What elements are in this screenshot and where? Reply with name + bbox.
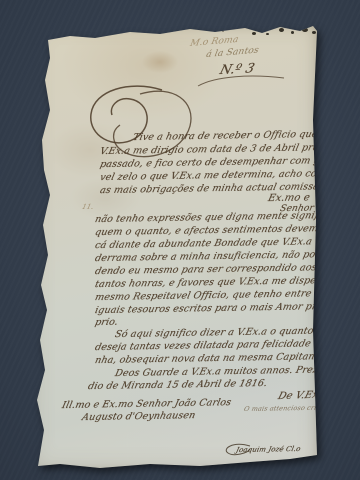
number-swash: [196, 72, 286, 90]
letter-line: nha, obsequiar nova data na mesma Capita…: [94, 352, 328, 366]
header-inscription-line: á la Santos: [205, 47, 259, 60]
paper-sheet: M.o Roma á la Santos N.º 3 Tive a honra …: [30, 20, 322, 472]
ink-blot: [291, 31, 294, 34]
letter-line: mesmo Respeitavel Officio, que tenho ent…: [94, 289, 312, 302]
vocative-line: Ex.mo e: [267, 193, 311, 204]
letter-line: Tive a honra de receber o Officio que: [132, 130, 319, 143]
paper-shadow-wrap: M.o Roma á la Santos N.º 3 Tive a honra …: [0, 0, 360, 480]
margin-note: 11.: [81, 204, 94, 211]
letter-line: derrama sobre a minha insuficiencia, não…: [94, 250, 320, 263]
addressee-line: Augusto d'Oeynhausen: [81, 411, 196, 422]
closing-line: Deos Guarde a V.Ex.a muitos annos. Prezi…: [114, 365, 326, 378]
closing-line: dio de Miranda 15 de Abril de 1816.: [87, 379, 268, 392]
letter-line: não tenho expressões que digna mente sig…: [94, 211, 326, 224]
addressee-line: Ill.mo e Ex.mo Senhor João Carlos: [61, 398, 232, 410]
photo-of-manuscript: M.o Roma á la Santos N.º 3 Tive a honra …: [0, 0, 360, 480]
signature: Joaquim Jozé Cl.o: [235, 446, 301, 454]
ink-blot: [312, 31, 316, 34]
ink-blot: [252, 32, 256, 35]
letter-line: dendo eu mesmo para ser correspondido ao…: [94, 263, 318, 276]
ink-blot: [266, 33, 269, 35]
letter-line: prio.: [94, 318, 119, 328]
ink-blot: [302, 28, 308, 32]
signoff: De V.Ex.a: [277, 390, 329, 402]
courtesy-note: O mais attencioso criado: [243, 405, 329, 413]
letter-line: Só aqui significo dizer a V.Ex.a o quant…: [114, 327, 315, 340]
ink-blot: [279, 28, 284, 32]
letter-line: vel zelo o que V.Ex.a me determina, acho…: [99, 169, 333, 183]
ink-blot: [222, 30, 224, 32]
letter-line: deseja tantas vezes dilatada para felici…: [94, 339, 331, 353]
letter-line: iguais tesouros escritos para o mais Amo…: [94, 302, 327, 316]
letter-line: cá diante da abundante Bondade que V.Ex.…: [94, 237, 313, 250]
